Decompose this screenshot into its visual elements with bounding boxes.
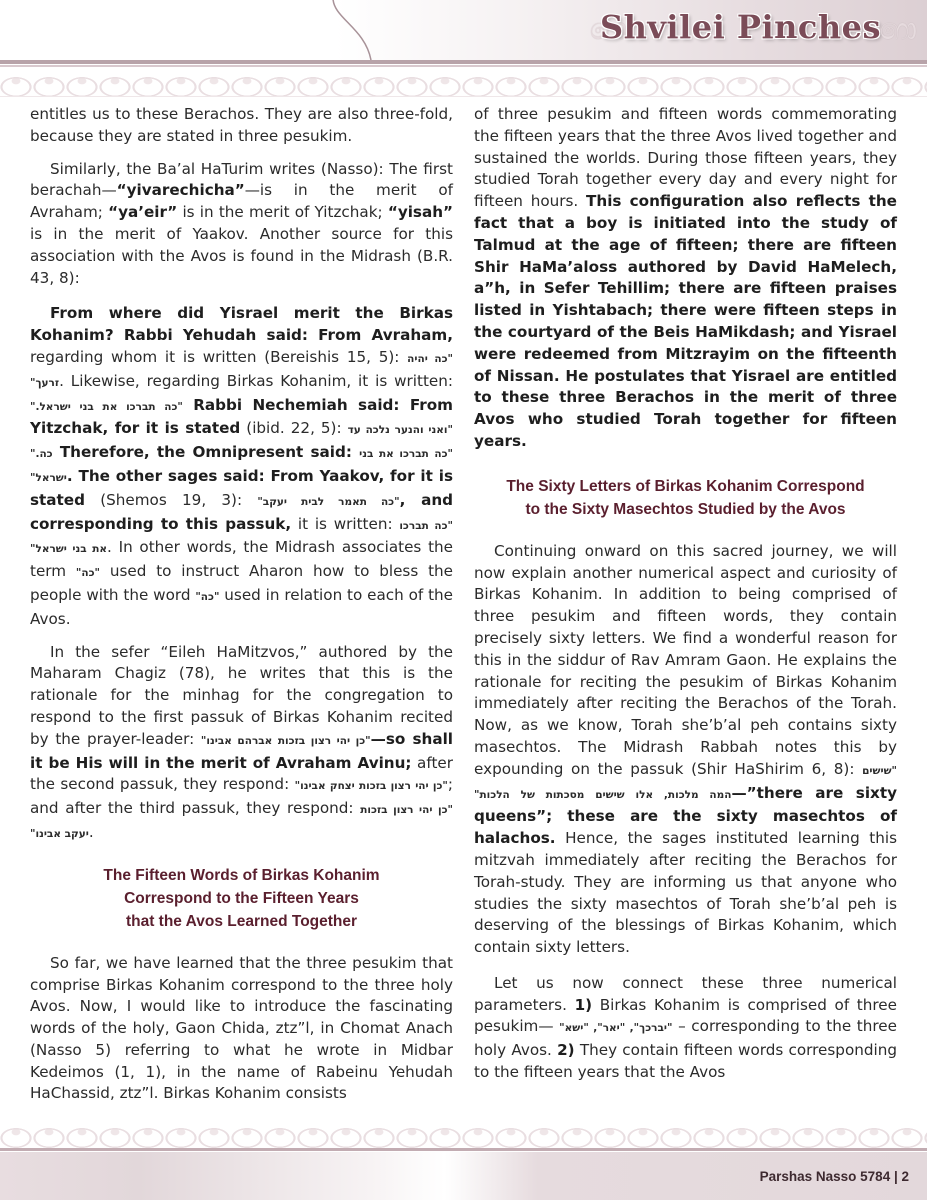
bold-run: “ya’eir” [108, 203, 177, 221]
footer-rule [0, 1148, 927, 1151]
page-header: ෩ Shvilei Pinches ෩ [0, 0, 927, 100]
paragraph: So far, we have learned that the three p… [30, 953, 453, 1106]
hebrew-quote: "כה תברכו את בני ישראל." [30, 401, 183, 413]
hebrew-quote: "כן יהי רצון בזכות אברהם אבינו" [201, 735, 371, 747]
hebrew-quote: "כה תאמר לבית יעקב" [257, 496, 399, 508]
subheading-line: The Sixty Letters of Birkas Kohanim Corr… [474, 475, 897, 498]
text-run: . [89, 823, 94, 841]
header-ornament-border [0, 67, 927, 97]
paragraph: Continuing onward on this sacred journey… [474, 541, 897, 959]
paragraph: Similarly, the Ba’al HaTurim writes (Nas… [30, 159, 453, 290]
paragraph: Let us now connect these three numerical… [474, 973, 897, 1084]
hebrew-quote: "כן יהי רצון בזכות יצחק אבינו" [295, 780, 448, 792]
text-run: . Likewise, regarding Birkas Kohanim, it… [59, 372, 453, 390]
section-subheading: The Fifteen Words of Birkas Kohanim Corr… [30, 864, 453, 933]
text-run: Hence, the sages instituted learning thi… [474, 829, 897, 956]
text-run: Continuing onward on this sacred journey… [474, 542, 897, 778]
bold-run: This configuration also reflects the fac… [474, 192, 897, 450]
bold-run: From where did Yisrael merit the Birkas … [30, 304, 453, 344]
swirl-ornament-right-icon: ෩ [880, 12, 917, 47]
subheading-line: that the Avos Learned Together [30, 910, 453, 933]
hebrew-quote: "כה" [195, 591, 219, 603]
text-run: regarding whom it is written (Bereishis … [30, 348, 407, 366]
paragraph: entitles us to these Berachos. They are … [30, 104, 453, 148]
bold-run: Therefore, the Omnipresent said: [53, 443, 360, 461]
brand-title: Shvilei Pinches [600, 8, 881, 46]
hebrew-quote: "כה" [76, 567, 100, 579]
text-run: is in the merit of Yitzchak; [177, 203, 388, 221]
footer-ornament-border [0, 1118, 927, 1148]
bold-run: 2) [557, 1041, 575, 1059]
right-column: of three pesukim and fifteen words comme… [474, 104, 897, 1095]
bold-run: “yivarechicha” [117, 181, 245, 199]
left-column: entitles us to these Berachos. They are … [30, 104, 453, 1116]
header-rule [0, 60, 927, 64]
hebrew-quote: "יברכך", "יאר", "ישא" [559, 1022, 672, 1034]
subheading-line: to the Sixty Masechtos Studied by the Av… [474, 498, 897, 521]
running-footer: Parshas Nasso 5784 | 2 [760, 1169, 909, 1184]
page-footer: Parshas Nasso 5784 | 2 [0, 1118, 927, 1200]
paragraph: of three pesukim and fifteen words comme… [474, 104, 897, 453]
section-subheading: The Sixty Letters of Birkas Kohanim Corr… [474, 475, 897, 521]
text-run: is in the merit of Yaakov. Another sourc… [30, 225, 453, 287]
text-run: (ibid. 22, 5): [240, 419, 347, 437]
midrash-quote-paragraph: From where did Yisrael merit the Birkas … [30, 303, 453, 630]
bold-run: 1) [575, 996, 593, 1014]
paragraph: In the sefer “Eileh HaMitzvos,” authored… [30, 642, 453, 846]
subheading-line: The Fifteen Words of Birkas Kohanim [30, 864, 453, 887]
subheading-line: Correspond to the Fifteen Years [30, 887, 453, 910]
text-run: (Shemos 19, 3): [85, 491, 257, 509]
text-run: it is written: [291, 515, 399, 533]
title-plate-curve [325, 0, 385, 64]
bold-run: “yisah” [388, 203, 453, 221]
